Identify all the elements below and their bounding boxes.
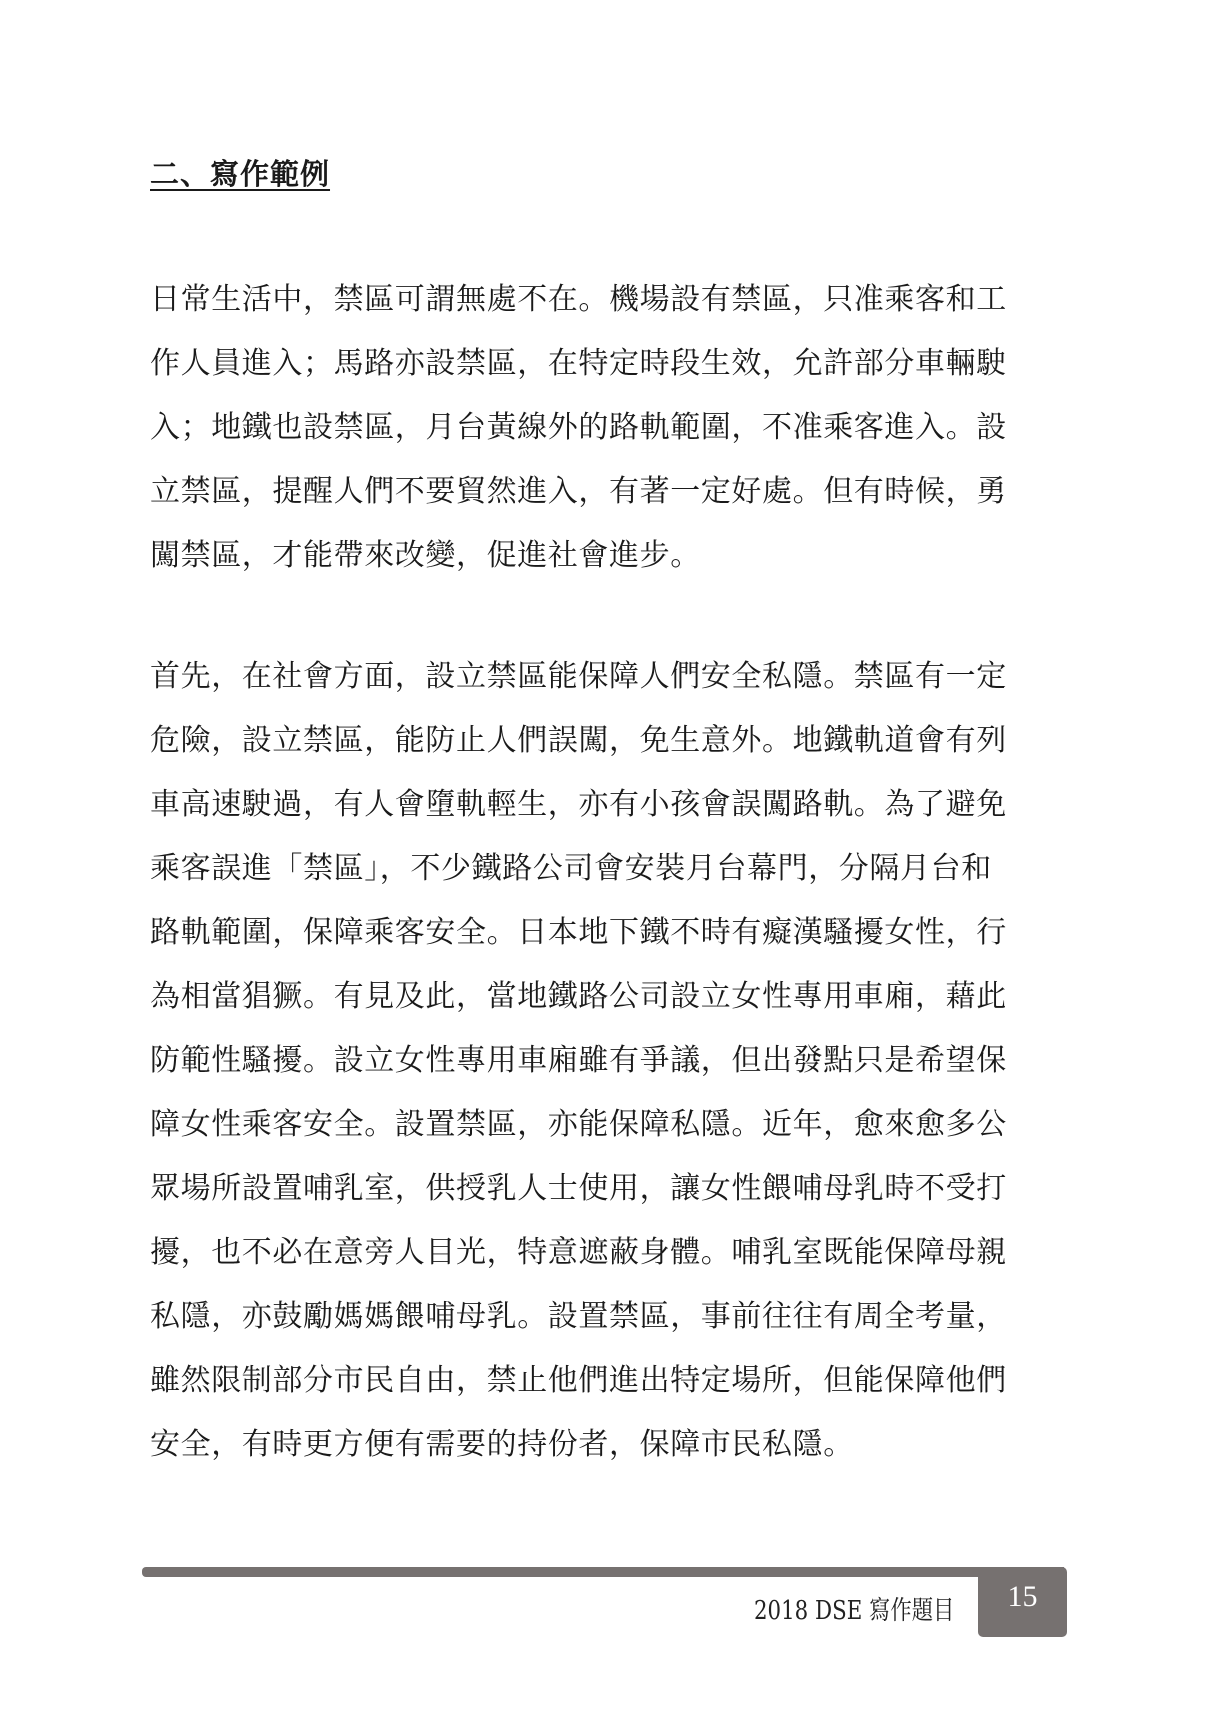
page-number-tab: 15 — [978, 1567, 1067, 1637]
paragraph-intro: 日常生活中，禁區可謂無處不在。機場設有禁區，只准乘客和工 作人員進入；馬路亦設禁… — [150, 268, 1070, 588]
paragraph-body: 首先，在社會方面，設立禁區能保障人們安全私隱。禁區有一定 危險，設立禁區，能防止… — [150, 645, 1070, 1477]
text-line: 障女性乘客安全。設置禁區，亦能保障私隱。近年，愈來愈多公 — [150, 1093, 1070, 1157]
text-line: 車高速駛過，有人會墮軌輕生，亦有小孩會誤闖路軌。為了避免 — [150, 773, 1070, 837]
text-line: 雖然限制部分市民自由，禁止他們進出特定場所，但能保障他們 — [150, 1349, 1070, 1413]
text-line: 安全，有時更方便有需要的持份者，保障市民私隱。 — [150, 1413, 1070, 1477]
text-line: 眾場所設置哺乳室，供授乳人士使用，讓女性餵哺母乳時不受打 — [150, 1157, 1070, 1221]
text-line: 首先，在社會方面，設立禁區能保障人們安全私隱。禁區有一定 — [150, 645, 1070, 709]
section-heading: 二、寫作範例 — [150, 152, 330, 193]
text-line: 闖禁區，才能帶來改變，促進社會進步。 — [150, 524, 1070, 588]
text-line: 私隱，亦鼓勵媽媽餵哺母乳。設置禁區，事前往往有周全考量， — [150, 1285, 1070, 1349]
text-line: 路軌範圍，保障乘客安全。日本地下鐵不時有癡漢騷擾女性，行 — [150, 901, 1070, 965]
text-line: 為相當猖獗。有見及此，當地鐵路公司設立女性專用車廂，藉此 — [150, 965, 1070, 1029]
text-line: 擾，也不必在意旁人目光，特意遮蔽身體。哺乳室既能保障母親 — [150, 1221, 1070, 1285]
text-line: 防範性騷擾。設立女性專用車廂雖有爭議，但出發點只是希望保 — [150, 1029, 1070, 1093]
text-line: 乘客誤進「禁區」，不少鐵路公司會安裝月台幕門，分隔月台和 — [150, 837, 1070, 901]
text-line: 入；地鐵也設禁區，月台黃線外的路軌範圍，不准乘客進入。設 — [150, 396, 1070, 460]
page-number: 15 — [1008, 1580, 1038, 1614]
text-line: 日常生活中，禁區可謂無處不在。機場設有禁區，只准乘客和工 — [150, 268, 1070, 332]
footer-label: 2018 DSE 寫作題目 — [754, 1590, 954, 1627]
text-line: 立禁區，提醒人們不要貿然進入，有著一定好處。但有時候，勇 — [150, 460, 1070, 524]
text-line: 危險，設立禁區，能防止人們誤闖，免生意外。地鐵軌道會有列 — [150, 709, 1070, 773]
text-line: 作人員進入；馬路亦設禁區，在特定時段生效，允許部分車輛駛 — [150, 332, 1070, 396]
document-page: 二、寫作範例 日常生活中，禁區可謂無處不在。機場設有禁區，只准乘客和工 作人員進… — [0, 0, 1216, 1736]
footer-divider-bar — [142, 1567, 1064, 1577]
